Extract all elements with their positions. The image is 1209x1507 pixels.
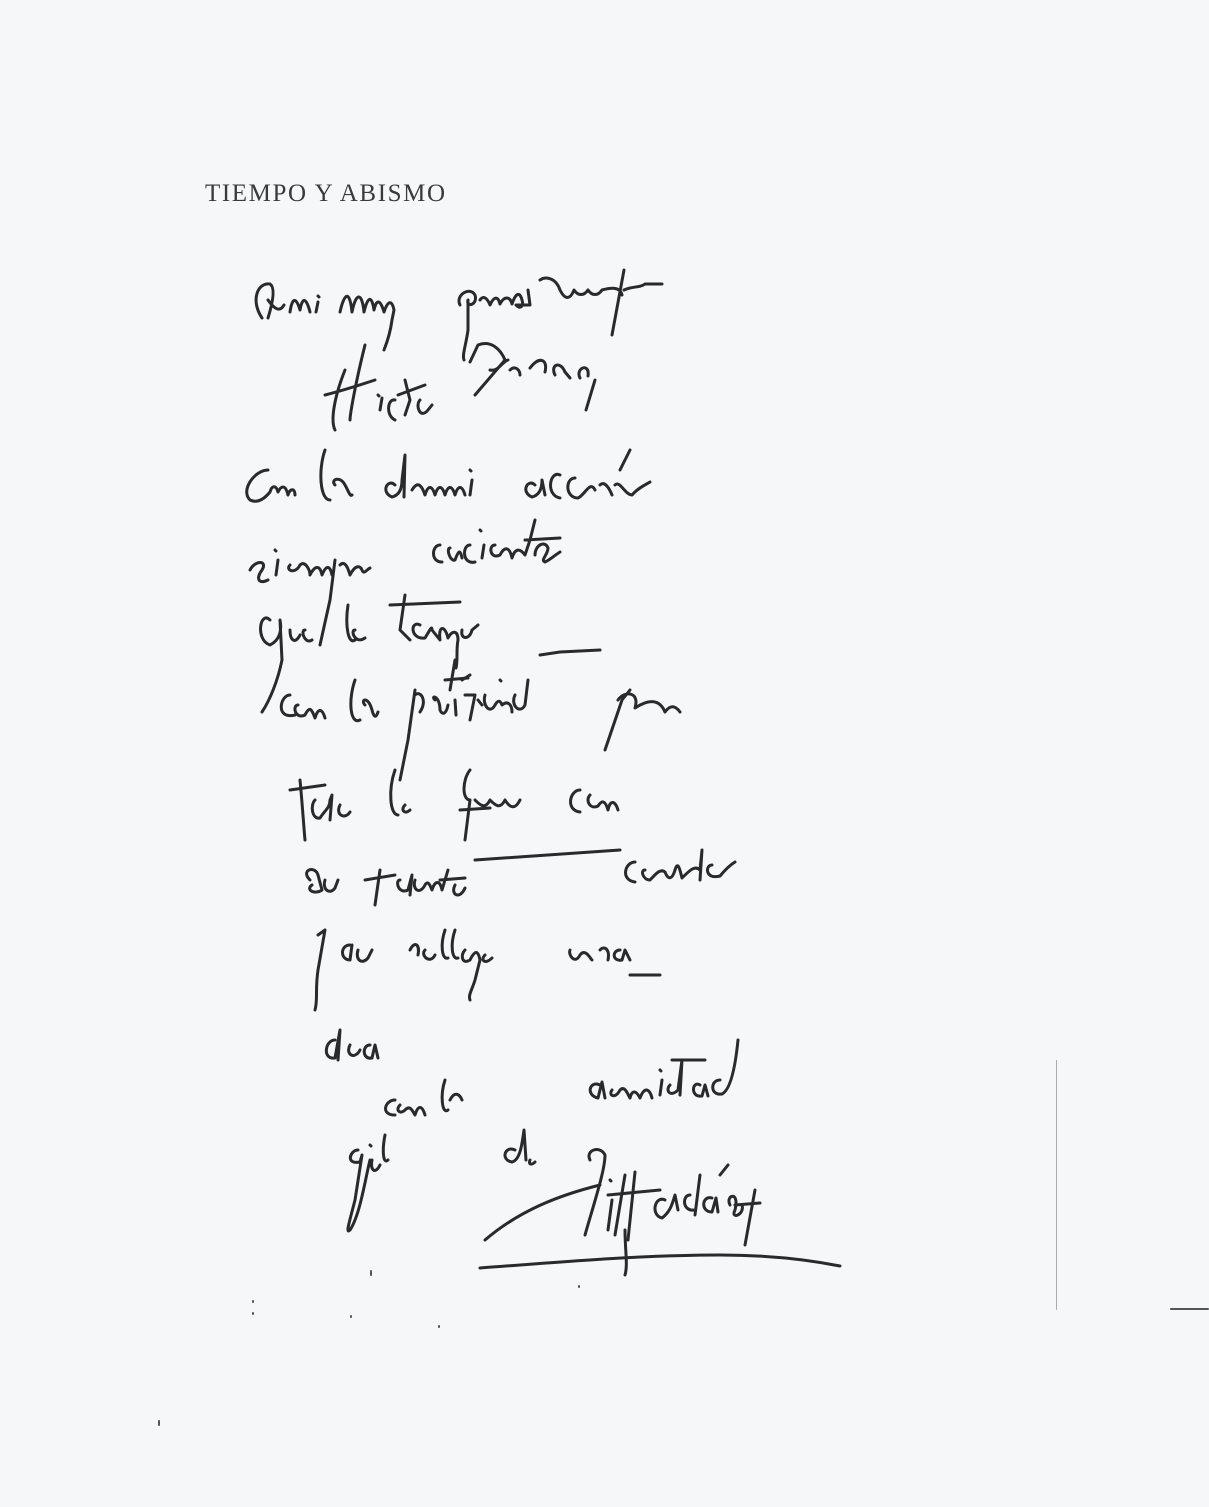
letter-page: TIEMPO Y ABISMO A mi muy querido amigo H… xyxy=(0,0,1209,1507)
scan-edge-mark xyxy=(1170,1308,1209,1310)
scan-border-mark xyxy=(1056,1060,1057,1310)
scan-speck xyxy=(158,1420,160,1426)
scan-speck xyxy=(370,1270,372,1276)
handwriting-ink xyxy=(0,0,1209,1507)
scan-speck xyxy=(350,1315,352,1318)
scan-speck xyxy=(252,1300,254,1303)
scan-speck xyxy=(438,1325,440,1328)
scan-speck xyxy=(578,1285,580,1288)
scan-speck xyxy=(252,1312,254,1315)
